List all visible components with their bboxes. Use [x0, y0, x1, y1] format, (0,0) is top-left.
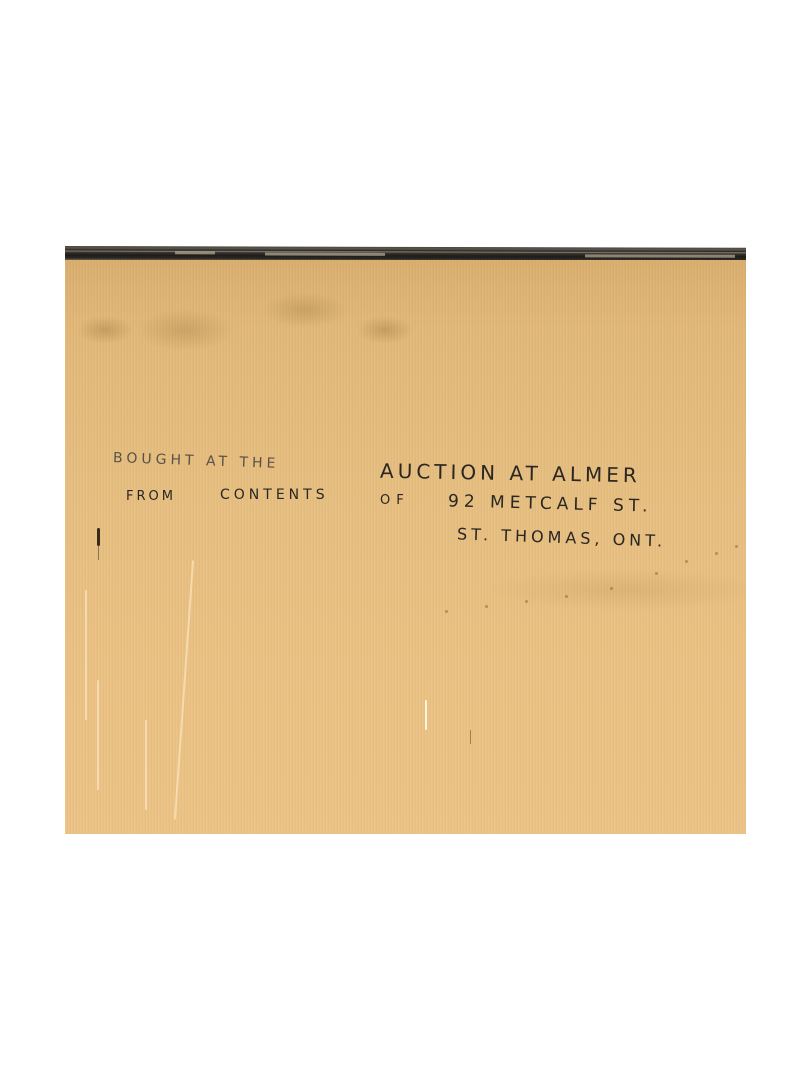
cardboard-backing: Bought at the Auction at Almer From Cont…	[65, 260, 746, 834]
stain-speck	[715, 552, 718, 555]
note-line1-end: Auction at Almer	[380, 459, 641, 488]
scratch-mark	[85, 590, 87, 720]
scratch-mark	[425, 700, 427, 730]
scratch-mark	[97, 680, 99, 790]
framed-picture-back: Bought at the Auction at Almer From Cont…	[65, 246, 746, 834]
stain-speck	[525, 600, 528, 603]
note-line2-address: 92 Metcalf St.	[448, 491, 653, 516]
frame-scuff	[175, 251, 215, 254]
note-line1-start: Bought at the	[113, 450, 280, 472]
frame-scuff	[265, 253, 385, 256]
note-line2-from: From	[126, 489, 176, 504]
note-line3-city: St. Thomas, Ont.	[457, 524, 667, 550]
note-line2-of: of	[380, 493, 410, 508]
scratch-mark	[145, 720, 147, 810]
stain-speck	[655, 572, 658, 575]
stain-speck	[735, 545, 738, 548]
scratch-mark	[470, 730, 471, 744]
stain-speck	[565, 595, 568, 598]
stain-speck	[685, 560, 688, 563]
frame-scuff	[585, 254, 735, 257]
ink-mark	[97, 528, 100, 546]
scratch-mark	[174, 560, 194, 820]
stain-speck	[445, 610, 448, 613]
stain-speck	[610, 587, 613, 590]
stain-speck	[485, 605, 488, 608]
note-line2-contents: Contents	[220, 487, 329, 503]
ink-mark-tail	[98, 546, 99, 560]
